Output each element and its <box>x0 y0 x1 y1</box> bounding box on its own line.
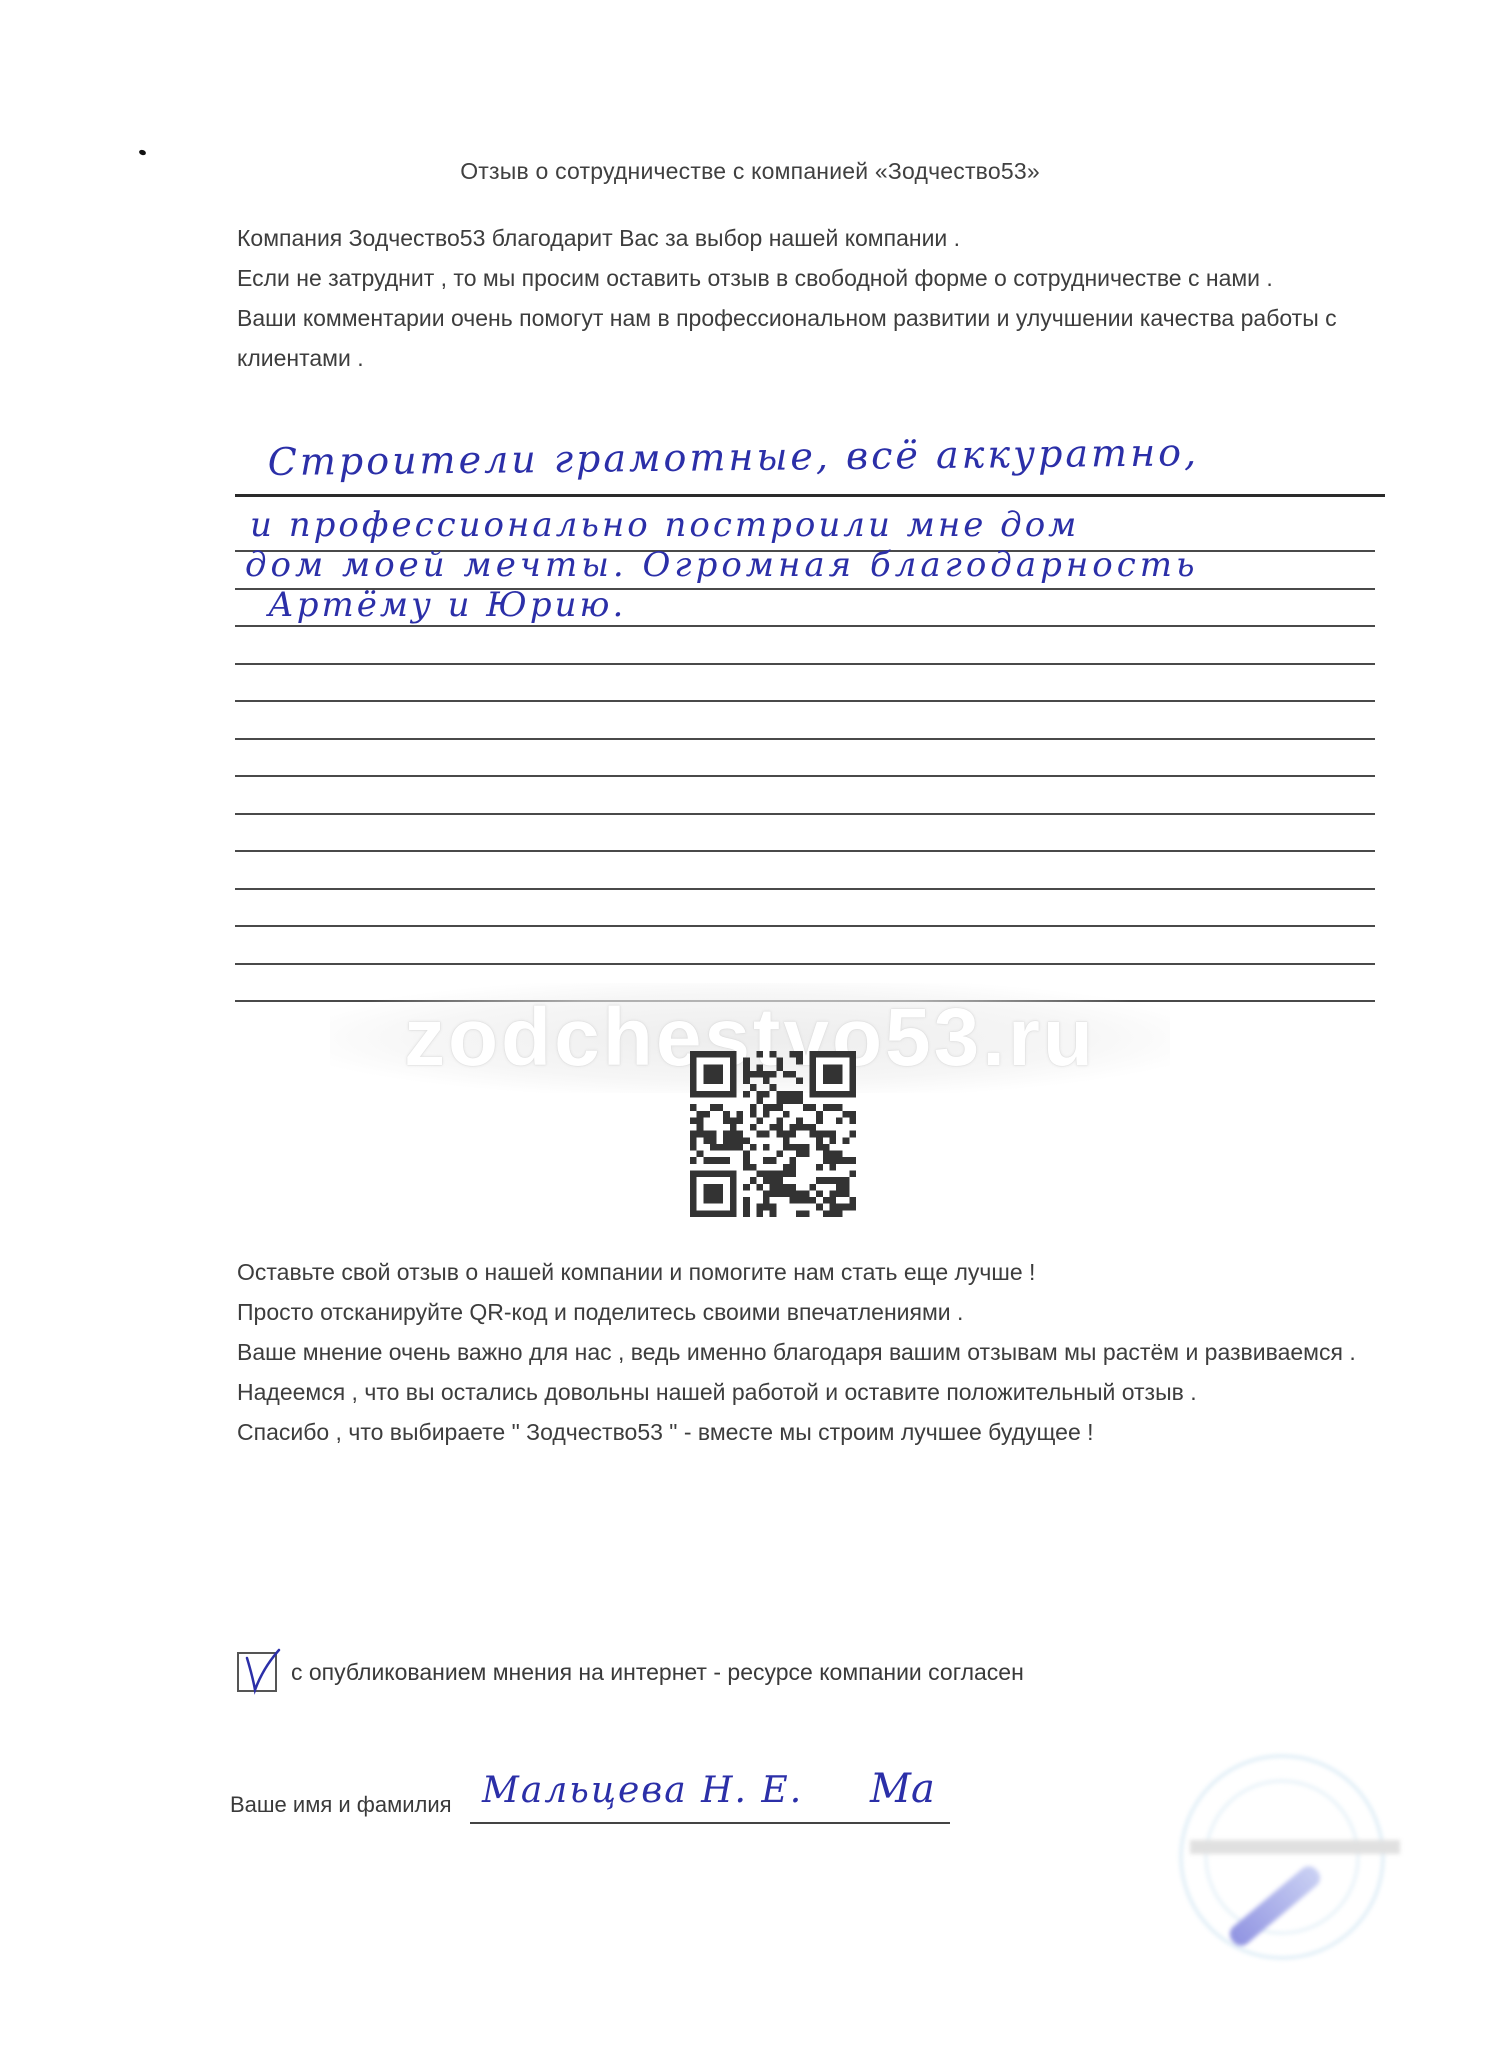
ruled-line <box>235 738 1375 740</box>
consent-checkbox[interactable] <box>237 1652 277 1692</box>
handwritten-line: Строители грамотные, всё аккуратно, <box>268 430 1200 484</box>
qr-code-icon[interactable] <box>690 1050 856 1218</box>
ruled-line <box>235 813 1375 815</box>
name-underline <box>470 1822 950 1824</box>
ruled-line <box>235 850 1375 852</box>
outro-paragraph: Надеемся , что вы остались довольны наше… <box>237 1372 1387 1412</box>
outro-text: Оставьте свой отзыв о нашей компании и п… <box>237 1252 1387 1452</box>
intro-paragraph: Если не затруднит , то мы просим оставит… <box>237 258 1387 298</box>
ruled-line <box>235 700 1375 702</box>
handwritten-line: дом моей мечты. Огромная благодарность <box>245 545 1199 585</box>
name-label: Ваше имя и фамилия <box>230 1792 452 1818</box>
ruled-line <box>235 625 1375 627</box>
scan-speck <box>138 149 146 156</box>
handwritten-line: Артёму и Юрию. <box>268 585 626 625</box>
intro-text: Компания Зодчество53 благодарит Вас за в… <box>237 218 1387 378</box>
consent-label: с опубликованием мнения на интернет - ре… <box>291 1659 1024 1686</box>
outro-paragraph: Оставьте свой отзыв о нашей компании и п… <box>237 1252 1387 1292</box>
outro-paragraph: Спасибо , что выбираете " Зодчество53 " … <box>237 1412 1387 1452</box>
ruled-line <box>235 494 1385 497</box>
name-field[interactable]: Ваше имя и фамилия Мальцева Н. Е. Ма <box>230 1770 1030 1830</box>
document-title: Отзыв о сотрудничестве с компанией «Зодч… <box>0 158 1500 185</box>
ruled-line <box>235 663 1375 665</box>
intro-paragraph: Ваши комментарии очень помогут нам в про… <box>237 298 1387 378</box>
ruled-line <box>235 888 1375 890</box>
check-icon <box>243 1648 283 1696</box>
signature: Ма <box>870 1766 935 1812</box>
ruled-line <box>235 775 1375 777</box>
intro-paragraph: Компания Зодчество53 благодарит Вас за в… <box>237 218 1387 258</box>
ruled-line <box>235 963 1375 965</box>
ruled-line <box>235 925 1375 927</box>
review-form-page: Отзыв о сотрудничестве с компанией «Зодч… <box>0 0 1500 2061</box>
handwritten-line: и профессионально построили мне дом <box>250 505 1079 545</box>
outro-paragraph: Просто отсканируйте QR-код и поделитесь … <box>237 1292 1387 1332</box>
outro-paragraph: Ваше мнение очень важно для нас , ведь и… <box>237 1332 1387 1372</box>
consent-row: с опубликованием мнения на интернет - ре… <box>237 1652 1024 1692</box>
company-stamp <box>1160 1745 1410 1975</box>
redaction-bar <box>1190 1840 1400 1854</box>
name-value[interactable]: Мальцева Н. Е. <box>482 1770 803 1811</box>
